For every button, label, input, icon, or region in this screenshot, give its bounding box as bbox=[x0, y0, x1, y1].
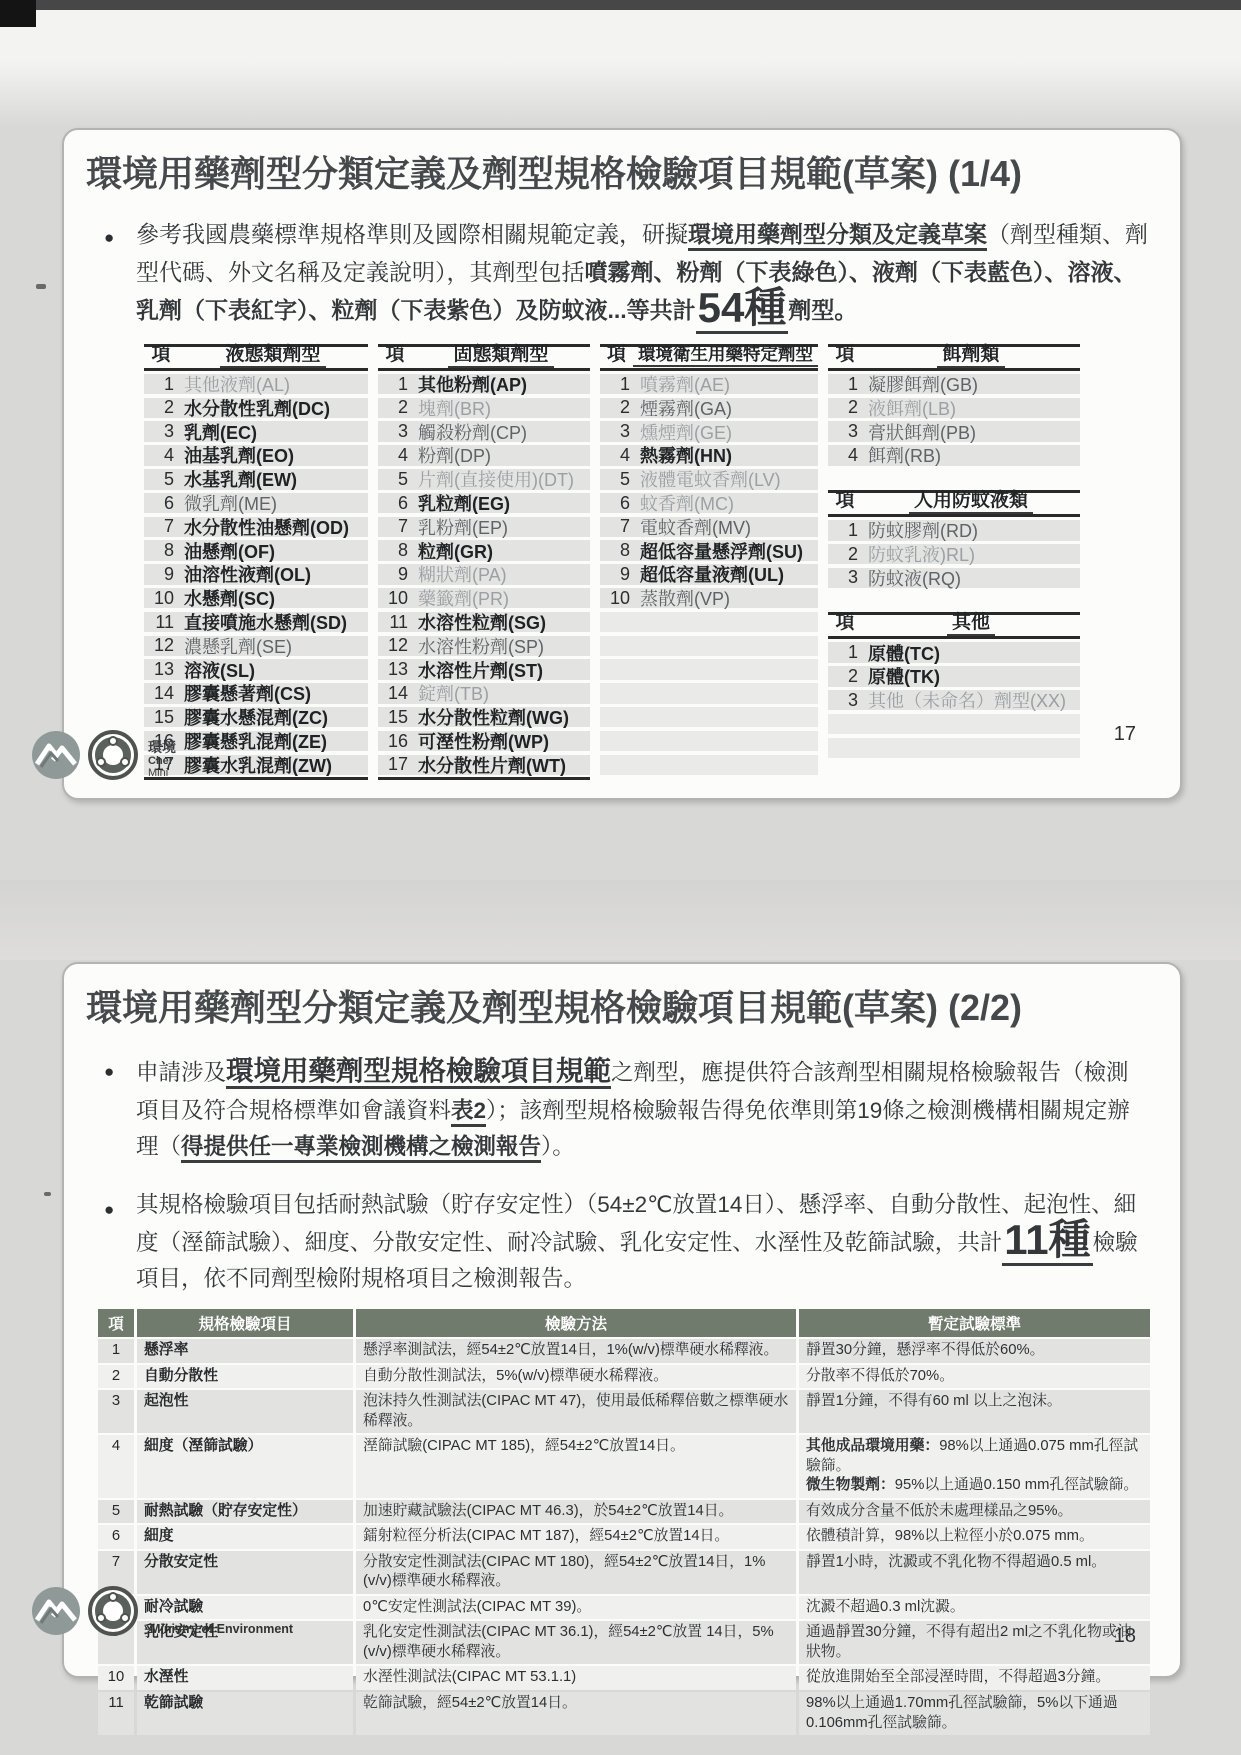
formulation-name: 防蚊液(RQ) bbox=[864, 565, 961, 591]
formulation-name: 防蚊乳液)RL) bbox=[864, 541, 975, 567]
empty-row bbox=[600, 659, 818, 680]
spec-row: 10水溼性水溼性測試法(CIPAC MT 53.1.1)從放進開始至全部浸溼時間… bbox=[98, 1666, 1150, 1690]
formulation-name: 熱霧劑(HN) bbox=[636, 442, 732, 468]
group-header: 項固態類劑型 bbox=[378, 344, 590, 371]
formulation-row: 1原體(TC) bbox=[828, 642, 1080, 663]
slide-2: 環境用藥劑型分類定義及劑型規格檢驗項目規範(草案) (2/2) ●申請涉及環境用… bbox=[62, 962, 1182, 1678]
formulation-row: 5水基乳劑(EW) bbox=[144, 469, 368, 490]
formulation-name: 糊狀劑(PA) bbox=[414, 561, 507, 587]
column-header: 規格檢驗項目 bbox=[137, 1309, 353, 1337]
test-standard: 其他成品環境用藥：98%以上通過0.075 mm孔徑試驗篩。微生物製劑：95%以… bbox=[799, 1435, 1150, 1498]
row-index: 5 bbox=[144, 469, 180, 490]
empty-row bbox=[828, 738, 1080, 759]
standard-lead: 微生物製劑： bbox=[806, 1477, 895, 1493]
scan-shading bbox=[0, 880, 1241, 960]
formulation-name: 油溶性液劑(OL) bbox=[180, 561, 311, 587]
formulation-row: 9糊狀劑(PA) bbox=[378, 564, 590, 585]
moenv-mountain-logo-icon bbox=[30, 1585, 82, 1642]
org-caption-line: 環境 bbox=[148, 739, 176, 755]
test-method: 0℃安定性測試法(CIPAC MT 39)。 bbox=[356, 1596, 796, 1620]
column-header: 暫定試驗標準 bbox=[799, 1309, 1150, 1337]
empty-row bbox=[600, 636, 818, 657]
index-column-label: 項 bbox=[828, 339, 862, 366]
formulation-row: 4粉劑(DP) bbox=[378, 445, 590, 466]
standard-line: 靜置30分鐘，懸浮率不得低於60%。 bbox=[806, 1341, 1143, 1361]
standard-line: 其他成品環境用藥：98%以上通過0.075 mm孔徑試驗篩。 bbox=[806, 1437, 1143, 1476]
scan-artifact bbox=[36, 284, 46, 289]
row-index: 4 bbox=[378, 445, 414, 466]
slide2-title: 環境用藥劑型分類定義及劑型規格檢驗項目規範(草案) (2/2) bbox=[86, 980, 1160, 1031]
group-title: 人用防蚊液類 bbox=[862, 485, 1080, 512]
spec-row: 6細度鐳射粒徑分析法(CIPAC MT 187)，經54±2℃放置14日。依體積… bbox=[98, 1525, 1150, 1549]
formulation-row: 3觸殺粉劑(CP) bbox=[378, 421, 590, 442]
row-index: 13 bbox=[378, 659, 414, 680]
standard-line: 分散率不得低於70%。 bbox=[806, 1367, 1143, 1387]
formulation-row: 4熱霧劑(HN) bbox=[600, 445, 818, 466]
formulation-name: 凝膠餌劑(GB) bbox=[864, 371, 978, 397]
standard-text: 靜置1分鐘，不得有60 ml 以上之泡沫。 bbox=[806, 1393, 1062, 1409]
row-index: 5 bbox=[98, 1500, 134, 1524]
formulation-row: 8超低容量懸浮劑(SU) bbox=[600, 540, 818, 561]
standard-text: 從放進開始至全部浸溼時間，不得超過3分鐘。 bbox=[806, 1669, 1110, 1685]
formulation-row: 4油基乳劑(EO) bbox=[144, 445, 368, 466]
formulation-name: 水溶性粉劑(SP) bbox=[414, 633, 544, 659]
row-index: 7 bbox=[144, 516, 180, 537]
standard-line: 0.106mm孔徑試驗篩。 bbox=[806, 1714, 1143, 1734]
index-column-label: 項 bbox=[378, 339, 412, 366]
formulation-row: 17水分散性片劑(WT) bbox=[378, 755, 590, 776]
standard-text: 95%以上通過0.150 mm孔徑試驗篩。 bbox=[895, 1477, 1138, 1493]
page-number: 17 bbox=[1114, 723, 1136, 746]
row-index: 14 bbox=[378, 683, 414, 704]
formulation-row: 13水溶性片劑(ST) bbox=[378, 659, 590, 680]
test-item-name: 細度 bbox=[137, 1525, 353, 1549]
slide2-bullet-1: ●申請涉及環境用藥劑型規格檢驗項目規範之劑型，應提供符合該劑型相關規格檢驗報告（… bbox=[104, 1049, 1148, 1165]
row-index: 16 bbox=[378, 731, 414, 752]
row-index: 13 bbox=[144, 659, 180, 680]
row-index: 17 bbox=[378, 754, 414, 775]
standard-text: 0.106mm孔徑試驗篩。 bbox=[806, 1715, 956, 1731]
row-index: 2 bbox=[98, 1365, 134, 1389]
standard-line: 98%以上通過1.70mm孔徑試驗篩，5%以下通過 bbox=[806, 1694, 1143, 1714]
formulation-name: 水溶性粒劑(SG) bbox=[414, 609, 546, 635]
group-title: 環境衛生用藥特定劑型 bbox=[633, 341, 818, 366]
slide2-bullet-2: ●其規格檢驗項目包括耐熱試驗（貯存安定性）（54±2℃放置14日）、懸浮率、自動… bbox=[104, 1187, 1148, 1297]
formulation-row: 3膏狀餌劑(PB) bbox=[828, 421, 1080, 442]
group-title: 液態類劑型 bbox=[178, 339, 368, 366]
formulation-name: 觸殺粉劑(CP) bbox=[414, 419, 527, 445]
formulation-row: 3其他（未命名）劑型(XX) bbox=[828, 690, 1080, 711]
row-index: 6 bbox=[98, 1525, 134, 1549]
formulation-name: 粒劑(GR) bbox=[414, 538, 493, 564]
text-segment: 環境用藥劑型規格檢驗項目規範 bbox=[226, 1055, 611, 1089]
formulation-name: 原體(TC) bbox=[864, 640, 940, 666]
formulation-name: 溶液(SL) bbox=[180, 657, 255, 683]
spec-row: 3起泡性泡沫持久性測試法(CIPAC MT 47)，使用最低稀釋倍數之標準硬水稀… bbox=[98, 1390, 1150, 1433]
formulation-group: 項餌劑類1凝膠餌劑(GB)2液餌劑(LB)3膏狀餌劑(PB)4餌劑(RB)項人用… bbox=[828, 344, 1080, 781]
row-index: 10 bbox=[144, 588, 180, 609]
slide1-bullet: ●參考我國農藥標準規格準則及國際相關規範定義，研擬環境用藥劑型分類及定義草案（劑… bbox=[104, 215, 1148, 330]
formulation-name: 水分散性油懸劑(OD) bbox=[180, 514, 349, 540]
formulation-row: 5片劑(直接使用)(DT) bbox=[378, 469, 590, 490]
row-index: 12 bbox=[144, 635, 180, 656]
row-index: 2 bbox=[378, 397, 414, 418]
paper-margin bbox=[0, 10, 1241, 62]
formulation-name: 膏狀餌劑(PB) bbox=[864, 419, 976, 445]
test-standard: 有效成分含量不低於未處理樣品之95%。 bbox=[799, 1500, 1150, 1524]
group-header: 項環境衛生用藥特定劑型 bbox=[600, 344, 818, 371]
formulation-group: 項液態類劑型1其他液劑(AL)2水分散性乳劑(DC)3乳劑(EC)4油基乳劑(E… bbox=[144, 344, 368, 781]
group-title-text: 人用防蚊液類 bbox=[909, 490, 1033, 514]
formulation-name: 粉劑(DP) bbox=[414, 442, 491, 468]
formulation-row: 8粒劑(GR) bbox=[378, 540, 590, 561]
row-index: 8 bbox=[600, 540, 636, 561]
formulation-row: 4餌劑(RB) bbox=[828, 445, 1080, 466]
standard-line: 有效成分含量不低於未處理樣品之95%。 bbox=[806, 1502, 1143, 1522]
scan-top-edge bbox=[0, 0, 1241, 10]
test-standard: 沈澱不超過0.3 ml沈澱。 bbox=[799, 1596, 1150, 1620]
row-index: 11 bbox=[378, 612, 414, 633]
table-header-row: 項規格檢驗項目檢驗方法暫定試驗標準 bbox=[98, 1309, 1150, 1337]
formulation-row: 7水分散性油懸劑(OD) bbox=[144, 517, 368, 538]
scan-shading bbox=[0, 62, 1241, 128]
formulation-name: 水基乳劑(EW) bbox=[180, 466, 297, 492]
standard-line: 依體積計算，98%以上粒徑小於0.075 mm。 bbox=[806, 1527, 1143, 1547]
spec-row: 2自動分散性自動分散性測試法，5%(w/v)標準硬水稀釋液。分散率不得低於70%… bbox=[98, 1365, 1150, 1389]
row-index: 1 bbox=[828, 374, 864, 395]
formulation-row: 3乳劑(EC) bbox=[144, 421, 368, 442]
empty-row bbox=[600, 612, 818, 633]
formulation-name: 塊劑(BR) bbox=[414, 395, 491, 421]
row-index: 3 bbox=[600, 421, 636, 442]
group-title-text: 環境衛生用藥特定劑型 bbox=[633, 344, 818, 367]
spec-row: 5耐熱試驗（貯存安定性）加速貯藏試驗法(CIPAC MT 46.3)，於54±2… bbox=[98, 1500, 1150, 1524]
row-index: 8 bbox=[144, 540, 180, 561]
ministry-of-environment-label: Ministry of Environment bbox=[150, 1622, 293, 1636]
text-segment: 得提供任一專業檢測機構之檢測報告 bbox=[181, 1134, 541, 1163]
org-caption-clipped: 環境CherMini bbox=[148, 739, 176, 780]
formulation-group: 項環境衛生用藥特定劑型1噴霧劑(AE)2煙霧劑(GA)3燻煙劑(GE)4熱霧劑(… bbox=[600, 344, 818, 781]
formulation-name: 蚊香劑(MC) bbox=[636, 490, 734, 516]
test-standard: 通過靜置30分鐘，不得有超出2 ml之不乳化物或油狀物。 bbox=[799, 1621, 1150, 1664]
formulation-row: 1噴霧劑(AE) bbox=[600, 374, 818, 395]
formulation-row: 1其他液劑(AL) bbox=[144, 374, 368, 395]
formulation-name: 可溼性粉劑(WP) bbox=[414, 728, 549, 754]
formulation-name: 微乳劑(ME) bbox=[180, 490, 277, 516]
index-column-label: 項 bbox=[828, 485, 862, 512]
standard-text: 分散率不得低於70%。 bbox=[806, 1368, 954, 1384]
row-index: 2 bbox=[828, 544, 864, 565]
standard-line: 沈澱不超過0.3 ml沈澱。 bbox=[806, 1598, 1143, 1618]
empty-row bbox=[600, 731, 818, 752]
standard-line: 靜置1小時，沈澱或不乳化物不得超過0.5 ml。 bbox=[806, 1553, 1143, 1573]
row-index: 3 bbox=[828, 421, 864, 442]
test-item-name: 耐熱試驗（貯存安定性） bbox=[137, 1500, 353, 1524]
formulation-name: 乳粉劑(EP) bbox=[414, 514, 508, 540]
formulation-name: 蒸散劑(VP) bbox=[636, 585, 730, 611]
text-segment: 11種 bbox=[1002, 1216, 1092, 1266]
formulation-row: 10水懸劑(SC) bbox=[144, 588, 368, 609]
test-standard: 98%以上通過1.70mm孔徑試驗篩，5%以下通過0.106mm孔徑試驗篩。 bbox=[799, 1692, 1150, 1735]
row-index: 9 bbox=[378, 564, 414, 585]
group-title-text: 液態類劑型 bbox=[220, 344, 325, 368]
empty-row bbox=[828, 714, 1080, 735]
bullet-marker-icon: ● bbox=[104, 224, 114, 252]
group-title-text: 其他 bbox=[947, 612, 995, 636]
formulation-row: 1凝膠餌劑(GB) bbox=[828, 374, 1080, 395]
row-index: 7 bbox=[600, 516, 636, 537]
formulation-name: 液餌劑(LB) bbox=[864, 395, 956, 421]
group-title: 固態類劑型 bbox=[412, 339, 590, 366]
formulation-row: 1其他粉劑(AP) bbox=[378, 374, 590, 395]
standard-text: 沈澱不超過0.3 ml沈澱。 bbox=[806, 1599, 965, 1615]
text-segment: 其規格檢驗項目包括耐熱試驗（貯存安定性）（54±2℃放置14日）、懸浮率、自動分… bbox=[136, 1192, 1136, 1255]
formulation-row: 3防蚊液(RQ) bbox=[828, 568, 1080, 589]
row-index: 11 bbox=[98, 1692, 134, 1735]
formulation-row: 14錠劑(TB) bbox=[378, 683, 590, 704]
formulation-row: 16膠囊懸乳混劑(ZE) bbox=[144, 731, 368, 752]
test-standard: 依體積計算，98%以上粒徑小於0.075 mm。 bbox=[799, 1525, 1150, 1549]
standard-text: 依體積計算，98%以上粒徑小於0.075 mm。 bbox=[806, 1528, 1094, 1544]
row-index: 2 bbox=[144, 397, 180, 418]
row-index: 1 bbox=[144, 374, 180, 395]
row-index: 3 bbox=[378, 421, 414, 442]
spec-row: 11乾篩試驗乾篩試驗，經54±2℃放置14日。98%以上通過1.70mm孔徑試驗… bbox=[98, 1692, 1150, 1735]
moenv-mountain-logo-icon bbox=[30, 729, 82, 786]
scan-artifact bbox=[44, 1192, 51, 1196]
slide1-title: 環境用藥劑型分類定義及劑型規格檢驗項目規範(草案) (1/4) bbox=[86, 146, 1160, 197]
formulation-name: 藥籤劑(PR) bbox=[414, 585, 509, 611]
formulation-name: 乳粒劑(EG) bbox=[414, 490, 510, 516]
row-index: 9 bbox=[600, 564, 636, 585]
row-index: 4 bbox=[98, 1435, 134, 1498]
standard-text: 98%以上通過1.70mm孔徑試驗篩，5%以下通過 bbox=[806, 1695, 1118, 1711]
formulation-name: 片劑(直接使用)(DT) bbox=[414, 466, 574, 492]
group-title: 餌劑類 bbox=[862, 339, 1080, 366]
formulation-name: 電蚊香劑(MV) bbox=[636, 514, 751, 540]
row-index: 3 bbox=[828, 567, 864, 588]
formulation-name: 超低容量液劑(UL) bbox=[636, 561, 784, 587]
group-title-text: 餌劑類 bbox=[937, 344, 1004, 368]
test-item-name: 乾篩試驗 bbox=[137, 1692, 353, 1735]
formulation-name: 防蚊膠劑(RD) bbox=[864, 517, 978, 543]
formulation-name: 膠囊水懸混劑(ZC) bbox=[180, 704, 328, 730]
formulation-name: 油懸劑(OF) bbox=[180, 538, 275, 564]
spec-test-items-table: 項規格檢驗項目檢驗方法暫定試驗標準1懸浮率懸浮率測試法，經54±2℃放置14日，… bbox=[98, 1309, 1150, 1735]
standard-text: 通過靜置30分鐘，不得有超出2 ml之不乳化物或油狀物。 bbox=[806, 1624, 1132, 1660]
formulation-row: 2塊劑(BR) bbox=[378, 398, 590, 419]
spec-row: 4細度（溼篩試驗）溼篩試驗(CIPAC MT 185)，經54±2℃放置14日。… bbox=[98, 1435, 1150, 1498]
formulation-name: 乳劑(EC) bbox=[180, 419, 257, 445]
test-method: 乾篩試驗，經54±2℃放置14日。 bbox=[356, 1692, 796, 1735]
formulation-name: 煙霧劑(GA) bbox=[636, 395, 732, 421]
text-segment: ）。 bbox=[541, 1134, 575, 1159]
formulation-row: 16可溼性粉劑(WP) bbox=[378, 731, 590, 752]
row-index: 5 bbox=[378, 469, 414, 490]
formulation-name: 其他液劑(AL) bbox=[180, 371, 290, 397]
org-caption-line: Mini bbox=[148, 767, 176, 780]
formulation-name: 原體(TK) bbox=[864, 663, 940, 689]
test-standard: 從放進開始至全部浸溼時間，不得超過3分鐘。 bbox=[799, 1666, 1150, 1690]
formulation-row: 10藥籤劑(PR) bbox=[378, 588, 590, 609]
formulation-name: 餌劑(RB) bbox=[864, 442, 941, 468]
test-method: 乳化安定性測試法(CIPAC MT 36.1)，經54±2℃放置 14日，5%(… bbox=[356, 1621, 796, 1664]
row-index: 6 bbox=[144, 493, 180, 514]
row-index: 4 bbox=[600, 445, 636, 466]
row-index: 2 bbox=[828, 666, 864, 687]
org-caption-line: Cher bbox=[148, 755, 176, 768]
standard-line: 靜置1分鐘，不得有60 ml 以上之泡沫。 bbox=[806, 1392, 1143, 1412]
test-method: 泡沫持久性測試法(CIPAC MT 47)，使用最低稀釋倍數之標準硬水稀釋液。 bbox=[356, 1390, 796, 1433]
row-index: 6 bbox=[378, 493, 414, 514]
group-header: 項液態類劑型 bbox=[144, 344, 368, 371]
test-item-name: 懸浮率 bbox=[137, 1339, 353, 1363]
standard-line: 微生物製劑：95%以上通過0.150 mm孔徑試驗篩。 bbox=[806, 1476, 1143, 1496]
standard-line: 從放進開始至全部浸溼時間，不得超過3分鐘。 bbox=[806, 1668, 1143, 1688]
formulation-row: 6蚊香劑(MC) bbox=[600, 493, 818, 514]
row-index: 1 bbox=[828, 642, 864, 663]
text-segment: 劑型。 bbox=[788, 297, 857, 323]
test-standard: 分散率不得低於70%。 bbox=[799, 1365, 1150, 1389]
row-index: 7 bbox=[378, 516, 414, 537]
formulation-name: 噴霧劑(AE) bbox=[636, 371, 730, 397]
test-method: 鐳射粒徑分析法(CIPAC MT 187)，經54±2℃放置14日。 bbox=[356, 1525, 796, 1549]
slide2-footer: Ministry of Environment bbox=[30, 1585, 293, 1642]
formulation-name: 水分散性乳劑(DC) bbox=[180, 395, 330, 421]
formulation-row: 12濃懸乳劑(SE) bbox=[144, 636, 368, 657]
test-standard: 靜置30分鐘，懸浮率不得低於60%。 bbox=[799, 1339, 1150, 1363]
index-column-label: 項 bbox=[600, 339, 633, 366]
column-header: 檢驗方法 bbox=[356, 1309, 796, 1337]
row-index: 14 bbox=[144, 683, 180, 704]
row-index: 4 bbox=[144, 445, 180, 466]
formulation-name: 濃懸乳劑(SE) bbox=[180, 633, 292, 659]
formulation-row: 9超低容量液劑(UL) bbox=[600, 564, 818, 585]
test-method: 溼篩試驗(CIPAC MT 185)，經54±2℃放置14日。 bbox=[356, 1435, 796, 1498]
row-index: 1 bbox=[378, 374, 414, 395]
standard-text: 靜置1小時，沈澱或不乳化物不得超過0.5 ml。 bbox=[806, 1554, 1106, 1570]
formulation-row: 17膠囊水乳混劑(ZW) bbox=[144, 755, 368, 776]
formulation-row: 9油溶性液劑(OL) bbox=[144, 564, 368, 585]
formulation-name: 其他（未命名）劑型(XX) bbox=[864, 687, 1066, 713]
row-index: 3 bbox=[828, 690, 864, 711]
formulation-row: 6微乳劑(ME) bbox=[144, 493, 368, 514]
empty-row bbox=[600, 683, 818, 704]
chemicals-admin-ring-logo-icon bbox=[87, 729, 139, 786]
row-index: 10 bbox=[600, 588, 636, 609]
test-method: 水溼性測試法(CIPAC MT 53.1.1) bbox=[356, 1666, 796, 1690]
test-method: 自動分散性測試法，5%(w/v)標準硬水稀釋液。 bbox=[356, 1365, 796, 1389]
formulation-row: 1防蚊膠劑(RD) bbox=[828, 520, 1080, 541]
formulation-name: 膠囊水乳混劑(ZW) bbox=[180, 752, 332, 778]
formulation-row: 2水分散性乳劑(DC) bbox=[144, 398, 368, 419]
spec-row: 1懸浮率懸浮率測試法，經54±2℃放置14日，1%(w/v)標準硬水稀釋液。靜置… bbox=[98, 1339, 1150, 1363]
group-header: 項人用防蚊液類 bbox=[828, 490, 1080, 517]
formulation-name: 水分散性片劑(WT) bbox=[414, 752, 566, 778]
row-index: 6 bbox=[600, 493, 636, 514]
formulation-name: 燻煙劑(GE) bbox=[636, 419, 732, 445]
row-index: 10 bbox=[98, 1666, 134, 1690]
text-segment: 54種 bbox=[696, 284, 789, 334]
row-index: 10 bbox=[378, 588, 414, 609]
formulation-row: 3燻煙劑(GE) bbox=[600, 421, 818, 442]
formulation-row: 7電蚊香劑(MV) bbox=[600, 517, 818, 538]
formulation-row: 15水分散性粒劑(WG) bbox=[378, 707, 590, 728]
formulation-row: 13溶液(SL) bbox=[144, 659, 368, 680]
formulation-classification-table: 項液態類劑型1其他液劑(AL)2水分散性乳劑(DC)3乳劑(EC)4油基乳劑(E… bbox=[144, 344, 1180, 781]
empty-row bbox=[600, 755, 818, 776]
test-item-name: 起泡性 bbox=[137, 1390, 353, 1433]
formulation-name: 水分散性粒劑(WG) bbox=[414, 704, 569, 730]
formulation-name: 水溶性片劑(ST) bbox=[414, 657, 543, 683]
row-index: 2 bbox=[828, 397, 864, 418]
test-method: 懸浮率測試法，經54±2℃放置14日，1%(w/v)標準硬水稀釋液。 bbox=[356, 1339, 796, 1363]
row-index: 5 bbox=[600, 469, 636, 490]
row-index: 8 bbox=[378, 540, 414, 561]
row-index: 11 bbox=[144, 612, 180, 633]
group-title-text: 固態類劑型 bbox=[448, 344, 553, 368]
page-number: 18 bbox=[1114, 1625, 1136, 1648]
chemicals-admin-ring-logo-icon bbox=[87, 1585, 139, 1642]
empty-row bbox=[600, 707, 818, 728]
text-segment: 參考我國農藥標準規格準則及國際相關規範定義，研擬 bbox=[136, 221, 688, 247]
row-index: 9 bbox=[144, 564, 180, 585]
text-segment: 環境用藥劑型分類及定義草案 bbox=[688, 221, 987, 251]
formulation-name: 超低容量懸浮劑(SU) bbox=[636, 538, 803, 564]
row-index: 15 bbox=[144, 707, 180, 728]
standard-line: 通過靜置30分鐘，不得有超出2 ml之不乳化物或油狀物。 bbox=[806, 1623, 1143, 1662]
index-column-label: 項 bbox=[828, 607, 862, 634]
formulation-row: 10蒸散劑(VP) bbox=[600, 588, 818, 609]
formulation-row: 14膠囊懸著劑(CS) bbox=[144, 683, 368, 704]
formulation-name: 水懸劑(SC) bbox=[180, 585, 275, 611]
row-index: 12 bbox=[378, 635, 414, 656]
bullet-marker-icon: ● bbox=[104, 1058, 114, 1085]
row-index: 2 bbox=[600, 397, 636, 418]
formulation-row: 2防蚊乳液)RL) bbox=[828, 544, 1080, 565]
scan-corner-artifact bbox=[0, 0, 36, 27]
formulation-name: 膠囊懸乳混劑(ZE) bbox=[180, 728, 327, 754]
formulation-name: 膠囊懸著劑(CS) bbox=[180, 680, 311, 706]
formulation-name: 油基乳劑(EO) bbox=[180, 442, 294, 468]
test-standard: 靜置1分鐘，不得有60 ml 以上之泡沫。 bbox=[799, 1390, 1150, 1433]
row-index: 3 bbox=[98, 1390, 134, 1433]
group-title: 其他 bbox=[862, 607, 1080, 634]
standard-text: 有效成分含量不低於未處理樣品之95%。 bbox=[806, 1503, 1072, 1519]
formulation-row: 12水溶性粉劑(SP) bbox=[378, 636, 590, 657]
row-index: 3 bbox=[144, 421, 180, 442]
row-index: 15 bbox=[378, 707, 414, 728]
test-item-name: 細度（溼篩試驗） bbox=[137, 1435, 353, 1498]
test-item-name: 水溼性 bbox=[137, 1666, 353, 1690]
slide-1: 環境用藥劑型分類定義及劑型規格檢驗項目規範(草案) (1/4) ●參考我國農藥標… bbox=[62, 128, 1182, 800]
test-method: 分散安定性測試法(CIPAC MT 180)，經54±2℃放置14日，1%(v/… bbox=[356, 1551, 796, 1594]
text-segment: 表2 bbox=[451, 1098, 486, 1127]
group-header: 項其他 bbox=[828, 612, 1080, 639]
formulation-row: 7乳粉劑(EP) bbox=[378, 517, 590, 538]
formulation-row: 5液體電蚊香劑(LV) bbox=[600, 469, 818, 490]
group-header: 項餌劑類 bbox=[828, 344, 1080, 371]
formulation-row: 2液餌劑(LB) bbox=[828, 398, 1080, 419]
row-index: 1 bbox=[98, 1339, 134, 1363]
formulation-row: 11直接噴施水懸劑(SD) bbox=[144, 612, 368, 633]
formulation-group: 項固態類劑型1其他粉劑(AP)2塊劑(BR)3觸殺粉劑(CP)4粉劑(DP)5片… bbox=[378, 344, 590, 781]
formulation-row: 2煙霧劑(GA) bbox=[600, 398, 818, 419]
standard-lead: 其他成品環境用藥： bbox=[806, 1438, 939, 1454]
text-segment: 申請涉及 bbox=[136, 1060, 226, 1085]
standard-text: 靜置30分鐘，懸浮率不得低於60%。 bbox=[806, 1342, 1044, 1358]
formulation-name: 其他粉劑(AP) bbox=[414, 371, 527, 397]
